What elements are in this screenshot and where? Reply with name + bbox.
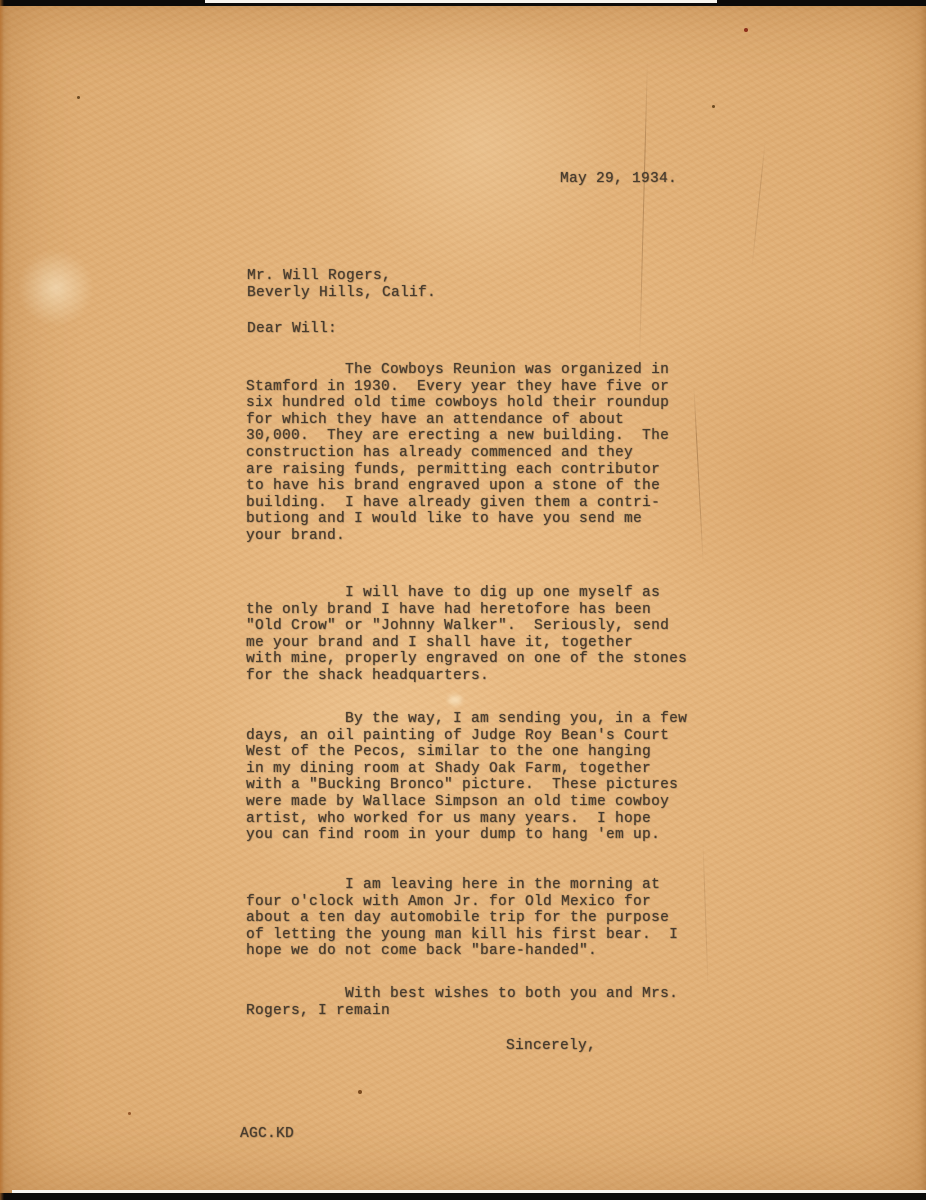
salutation: Dear Will: [247,321,337,338]
paragraph-2: I will have to dig up one myself as the … [246,585,687,685]
paper-speck-1 [744,28,748,32]
paper-left-edge [0,0,4,1200]
paper-stain-1 [448,695,462,705]
paper-crease-3 [751,140,766,269]
paper-speck-3 [712,105,715,108]
paragraph-5-closing: With best wishes to both you and Mrs. Ro… [246,986,678,1019]
paper-crease-1 [639,60,648,360]
scan-edge-bottom [0,1193,926,1200]
scanned-letter-page: May 29, 1934. Mr. Will Rogers, Beverly H… [0,0,926,1200]
paper-speck-5 [128,1112,131,1115]
paragraph-1: The Cowboys Reunion was organized in Sta… [246,362,669,545]
paper-speck-2 [77,96,80,99]
scan-edge-top-gap [205,0,717,3]
letter-date: May 29, 1934. [560,171,677,188]
typist-initials: AGC.KD [240,1126,294,1143]
recipient-block: Mr. Will Rogers, Beverly Hills, Calif. [247,268,436,301]
paper-speck-4 [358,1090,362,1094]
valediction: Sincerely, [506,1038,596,1055]
paper-crease-4 [702,840,708,990]
paragraph-4: I am leaving here in the morning at four… [246,877,678,960]
paper-crease-2 [693,385,703,565]
paragraph-3: By the way, I am sending you, in a few d… [246,711,687,844]
